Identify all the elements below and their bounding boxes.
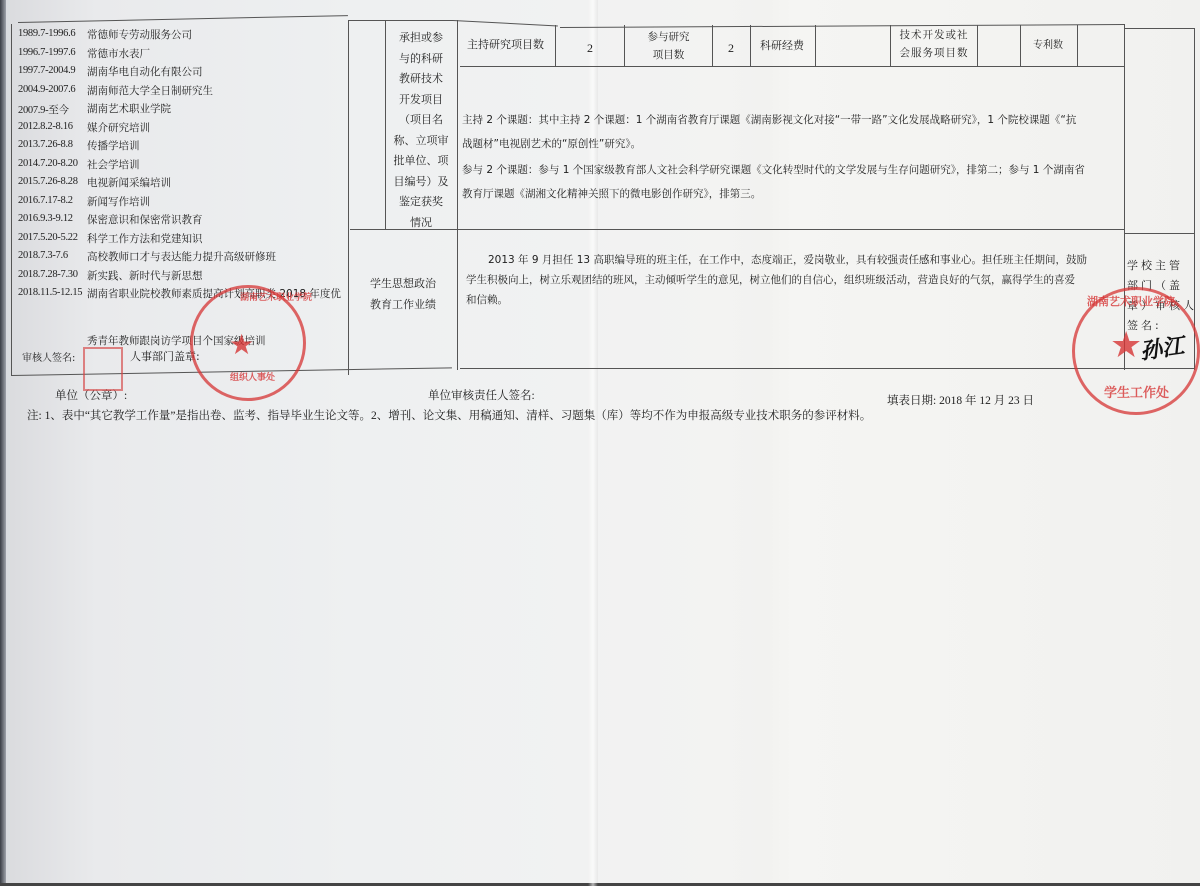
participate-count-label-line1: 参与研究 [625, 28, 712, 46]
ideology-description: 2013 年 9 月担任 13 高职编导班的班主任，在工作中，态度端正，爱岗敬业… [466, 250, 1087, 310]
text-line: 学校主管 [1127, 256, 1197, 276]
text-line: 称、立项审 [388, 131, 454, 152]
lead-count-label: 主持研究项目数 [467, 39, 544, 50]
hr-stamp-text-top: 湖南艺术职业学院 [240, 290, 312, 303]
footnote: 注: 1、表中“其它教学工作量”是指出卷、监考、指导毕业生论文等。2、增刊、论文… [27, 411, 871, 423]
resume-row: 2017.5.20-5.22科学工作方法和党建知识 [10, 229, 355, 248]
resume-date: 2007.9-至今 [18, 102, 69, 117]
resume-desc: 电视新闻采编培训 [87, 175, 171, 190]
text-line: 承担或参 [388, 28, 454, 49]
unit-seal-label: 单位（公章）: [55, 391, 127, 403]
fill-date-month: 12 [979, 395, 991, 407]
resume-row: 1989.7-1996.6常德师专劳动服务公司 [10, 25, 355, 44]
resume-date: 2018.7.3-7.6 [18, 250, 68, 261]
text-line: （项目名 [388, 110, 454, 131]
resume-desc: 常德市水表厂 [87, 46, 150, 61]
resume-row: 2007.9-至今湖南艺术职业学院 [10, 99, 355, 118]
resume-row: 2004.9-2007.6湖南师范大学全日制研究生 [10, 81, 355, 100]
resume-desc: 新闻写作培训 [87, 194, 150, 209]
resume-date: 1997.7-2004.9 [18, 65, 75, 76]
resume-row: 2016.7.17-8.2新闻写作培训 [10, 192, 355, 211]
tech-service-label-line2: 会服务项目数 [890, 44, 978, 62]
resume-row: 2018.7.28-7.30新实践、新时代与新思想 [10, 266, 355, 285]
participate-count-label-line2: 项目数 [625, 46, 712, 64]
resume-row: 2015.7.26-8.28电视新闻采编培训 [10, 173, 355, 192]
text-line: 战题材”电视剧艺术的“原创性”研究》。 [462, 134, 1085, 154]
text-line: 教研技术 [388, 69, 454, 90]
resume-date: 2016.7.17-8.2 [18, 195, 73, 206]
text-line: 参与 2 个课题：参与 1 个国家级教育部人文社会科学研究课题《文化转型时代的文… [462, 160, 1085, 180]
participate-count-value: 2 [728, 42, 734, 54]
tech-service-label-line1: 技术开发或社 [890, 26, 978, 44]
resume-row: 2014.7.20-8.20社会学培训 [10, 155, 355, 174]
text-line: 开发项目 [388, 90, 454, 111]
resume-row: 1996.7-1997.6常德市水表厂 [10, 44, 355, 63]
unit-reviewer-label: 单位审核责任人签名: [428, 391, 535, 403]
resume-desc: 新实践、新时代与新思想 [87, 268, 203, 283]
text-line: 教育厅课题《湖湘文化精神关照下的微电影创作研究》，排第三。 [462, 184, 1085, 204]
fill-date: 填表日期: 2018 年 12 月 23 日 [887, 396, 1034, 408]
fill-date-day-unit: 日 [1022, 395, 1034, 407]
resume-row: 2013.7.26-8.8传播学培训 [10, 136, 355, 155]
reviewer-signature-label: 审核人签名: [22, 354, 75, 364]
resume-date: 2014.7.20-8.20 [18, 158, 78, 169]
resume-date: 1996.7-1997.6 [18, 47, 75, 58]
resume-desc: 传播学培训 [87, 138, 140, 153]
resume-date: 2013.7.26-8.8 [18, 139, 73, 150]
text-line: 学生积极向上，树立乐观团结的班风，主动倾听学生的意见，树立他们的自信心，组织班级… [466, 270, 1087, 290]
participate-count-label: 参与研究 项目数 [625, 28, 712, 64]
student-affairs-stamp-text-bottom: 学生工作处 [1104, 382, 1169, 401]
student-affairs-stamp-star-icon: ★ [1110, 325, 1142, 366]
text-line: 批单位、项 [388, 151, 454, 172]
text-line: 鉴定获奖 [388, 192, 454, 213]
resume-desc: 高校教师口才与表达能力提升高级研修班 [87, 249, 276, 264]
text-line: 2013 年 9 月担任 13 高职编导班的班主任，在工作中，态度端正，爱岗敬业… [466, 250, 1087, 270]
resume-date: 2017.5.20-5.22 [18, 232, 78, 243]
resume-date: 2016.9.3-9.12 [18, 213, 73, 224]
resume-desc: 科学工作方法和党建知识 [87, 231, 203, 246]
handwritten-signature: 孙江 [1139, 335, 1186, 363]
resume-row: 1997.7-2004.9湖南华电自动化有限公司 [10, 62, 355, 81]
text-line: 和信赖。 [466, 290, 1087, 310]
fill-date-year: 2018 [939, 395, 962, 407]
resume-desc: 湖南师范大学全日制研究生 [87, 83, 213, 98]
fill-date-label: 填表日期: [887, 395, 936, 407]
resume-date: 2018.11.5-12.15 [18, 287, 82, 298]
text-line: 目编号）及 [388, 172, 454, 193]
hr-stamp-star-icon: ★ [229, 328, 254, 361]
resume-row: 2018.7.3-7.6高校教师口才与表达能力提升高级研修班 [10, 247, 355, 266]
resume-date: 2012.8.2-8.16 [18, 121, 73, 132]
student-affairs-stamp-text-top: 湖南艺术职业学院 [1087, 293, 1175, 309]
page-edge-left [0, 0, 6, 886]
resume-desc: 湖南华电自动化有限公司 [87, 64, 203, 79]
resume-row: 2016.9.3-9.12保密意识和保密常识教育 [10, 210, 355, 229]
resume-date: 2018.7.28-7.30 [18, 269, 78, 280]
resume-date: 2015.7.26-8.28 [18, 176, 78, 187]
fill-date-day: 23 [1008, 395, 1020, 407]
lead-count-value: 2 [587, 42, 593, 54]
ideology-label-line2: 教育工作业绩 [370, 299, 436, 310]
resume-desc: 保密意识和保密常识教育 [87, 212, 203, 227]
fill-date-month-unit: 月 [994, 395, 1006, 407]
research-section-label: 承担或参与的科研教研技术开发项目（项目名称、立项审批单位、项目编号）及鉴定获奖情… [388, 28, 454, 233]
resume-row: 2012.8.2-8.16媒介研究培训 [10, 118, 355, 137]
hr-stamp-text-bottom: 组织人事处 [230, 370, 275, 383]
reviewer-seal-stamp [83, 347, 123, 391]
resume-desc: 媒介研究培训 [87, 120, 150, 135]
fill-date-year-unit: 年 [965, 395, 977, 407]
text-line: 情况 [388, 213, 454, 234]
text-line: 与的科研 [388, 49, 454, 70]
hr-stamp-label: 人事部门盖章: [130, 351, 200, 362]
ideology-label-line1: 学生思想政治 [370, 278, 436, 289]
text-line: 主持 2 个课题：其中主持 2 个课题：1 个湖南省教育厅课题《湖南影视文化对接… [462, 110, 1085, 130]
research-description: 主持 2 个课题：其中主持 2 个课题：1 个湖南省教育厅课题《湖南影视文化对接… [462, 110, 1085, 210]
funding-label: 科研经费 [760, 40, 804, 51]
resume-date: 2004.9-2007.6 [18, 84, 75, 95]
resume-desc: 湖南艺术职业学院 [87, 101, 171, 116]
resume-desc: 常德师专劳动服务公司 [87, 27, 192, 42]
resume-date: 1989.7-1996.6 [18, 28, 75, 39]
resume-list: 1989.7-1996.6常德师专劳动服务公司1996.7-1997.6常德市水… [10, 25, 355, 303]
patent-label: 专利数 [1033, 41, 1063, 51]
resume-desc: 社会学培训 [87, 157, 140, 172]
tech-service-label: 技术开发或社 会服务项目数 [890, 26, 978, 62]
